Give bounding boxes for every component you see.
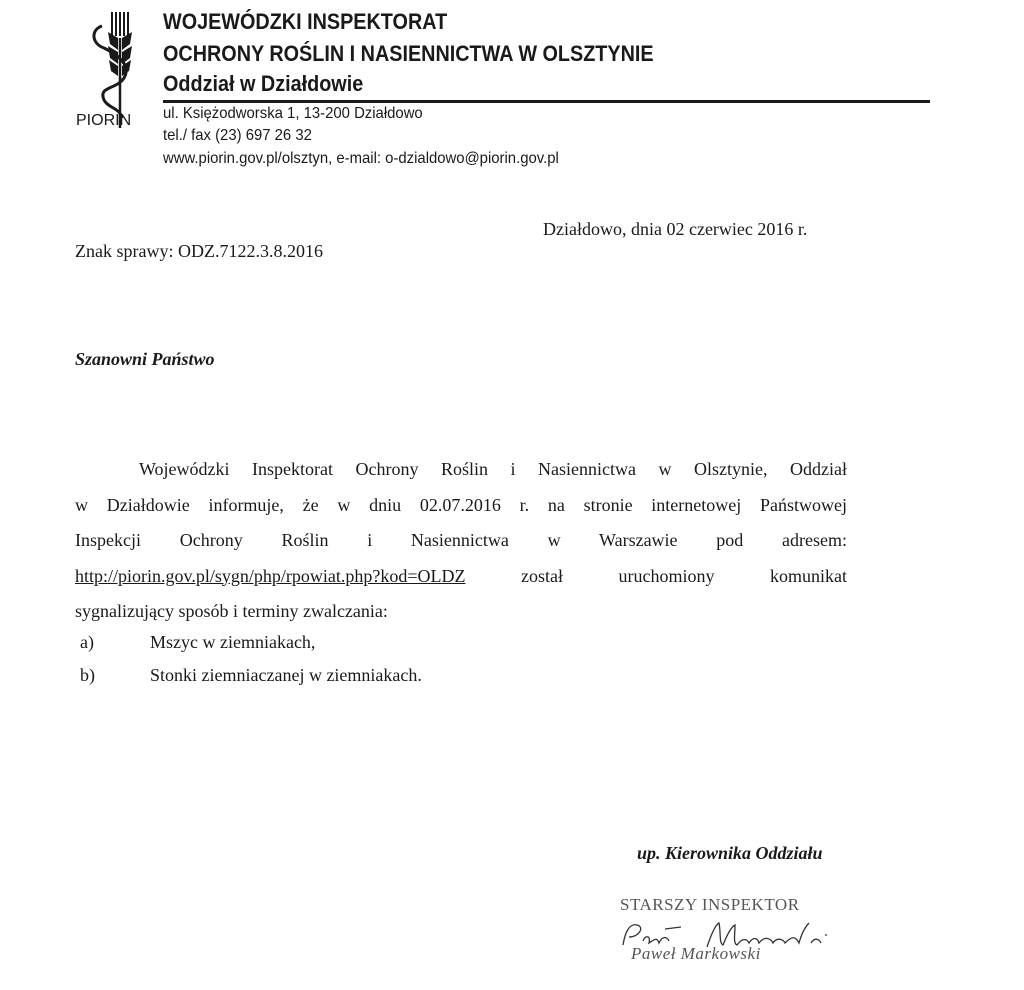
body-line: Wojewódzki Inspektorat Ochrony Roślin i …	[75, 452, 847, 488]
list-text: Mszyc w ziemniakach,	[150, 632, 315, 652]
body-line: w Działdowie informuje, że w dniu 02.07.…	[75, 488, 847, 524]
header-divider	[163, 100, 930, 103]
list-text: Stonki ziemniaczanej w ziemniakach.	[150, 665, 422, 685]
institution-subtitle: OCHRONY ROŚLIN I NASIENNICTWA W OLSZTYNI…	[163, 41, 654, 67]
on-behalf-title: up. Kierownika Oddziału	[637, 843, 823, 864]
body-line: sygnalizujący sposób i terminy zwalczani…	[75, 594, 847, 630]
branch-name: Oddział w Działdowie	[163, 71, 363, 97]
list-item: a)Mszyc w ziemniakach,	[80, 632, 315, 653]
body-line: Inspekcji Ochrony Roślin i Nasiennictwa …	[75, 523, 847, 559]
list-item: b)Stonki ziemniaczanej w ziemniakach.	[80, 665, 422, 686]
body-line: http://piorin.gov.pl/sygn/php/rpowiat.ph…	[75, 559, 847, 595]
case-reference: Znak sprawy: ODZ.7122.3.8.2016	[75, 241, 323, 262]
body-paragraph: Wojewódzki Inspektorat Ochrony Roślin i …	[75, 452, 847, 630]
logo-text: PIORIN	[76, 112, 131, 130]
body-line-rest: został uruchomiony komunikat	[521, 566, 847, 586]
communique-link[interactable]: http://piorin.gov.pl/sygn/php/rpowiat.ph…	[75, 566, 465, 586]
list-marker: b)	[80, 665, 150, 686]
list-marker: a)	[80, 632, 150, 653]
address: ul. Księżodworska 1, 13-200 Działdowo	[163, 105, 423, 123]
stamp-name: Paweł Markowski	[631, 944, 761, 964]
place-date: Działdowo, dnia 02 czerwiec 2016 r.	[543, 219, 807, 240]
phone-fax: tel./ fax (23) 697 26 32	[163, 127, 312, 145]
institution-title: WOJEWÓDZKI INSPEKTORAT	[163, 9, 447, 35]
stamp-title: STARSZY INSPEKTOR	[620, 895, 800, 915]
web-email: www.piorin.gov.pl/olsztyn, e-mail: o-dzi…	[163, 150, 559, 168]
salutation: Szanowni Państwo	[75, 349, 215, 370]
